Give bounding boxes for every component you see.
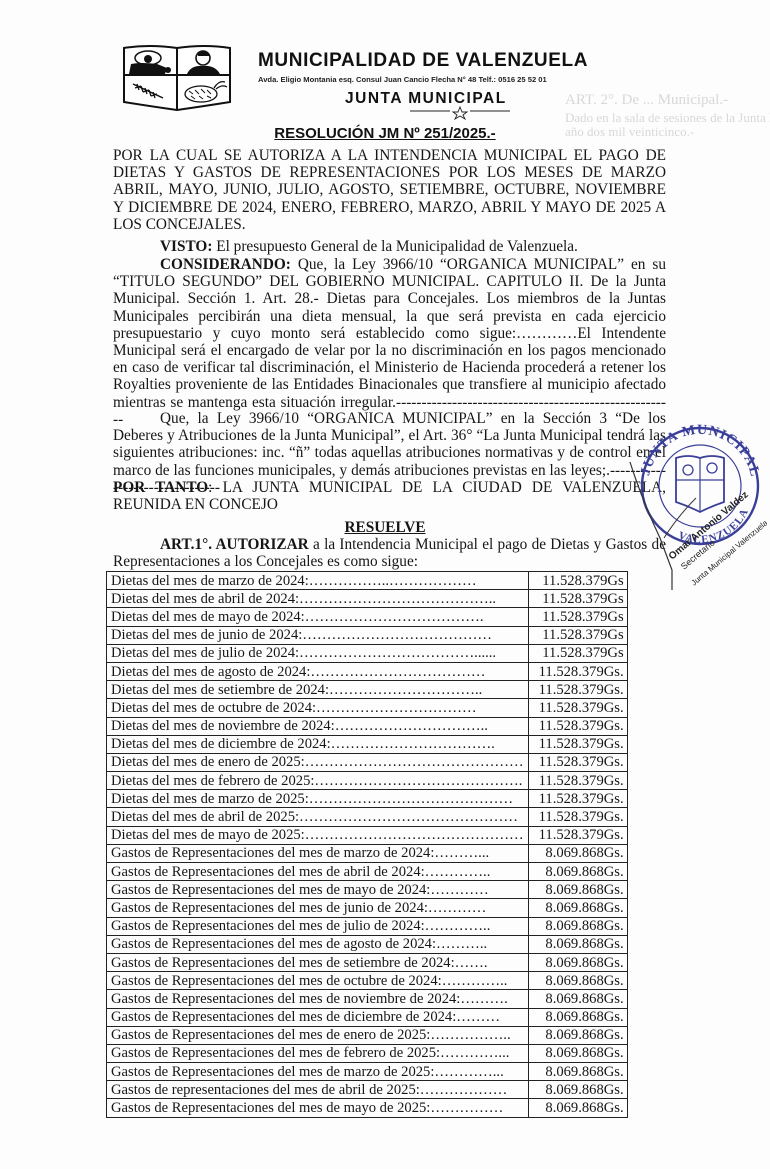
- table-row: Dietas del mes de diciembre de 2024:……………: [107, 735, 628, 753]
- table-row: Gastos de Representaciones del mes de ag…: [107, 935, 628, 953]
- payment-concept: Dietas del mes de mayo de 2024:…………………………: [107, 608, 529, 626]
- payment-amount: 8.069.868Gs.: [528, 1044, 627, 1062]
- star-ornament-icon: [408, 106, 512, 120]
- payment-amount: 8.069.868Gs.: [528, 935, 627, 953]
- payment-concept: Gastos de Representaciones del mes de ju…: [107, 917, 529, 935]
- resolution-title: RESOLUCIÓN JM Nº 251/2025.-: [0, 125, 770, 142]
- payment-concept: Dietas del mes de noviembre de 2024:……………: [107, 717, 529, 735]
- payment-concept: Gastos de Representaciones del mes de ma…: [107, 844, 529, 862]
- considerando-paragraph: CONSIDERANDO: Que, la Ley 3966/10 “ORGAN…: [113, 256, 666, 428]
- table-row: Dietas del mes de abril de 2024:………………………: [107, 590, 628, 608]
- table-row: Gastos de Representaciones del mes de ju…: [107, 917, 628, 935]
- payment-amount: 11.528.379Gs.: [528, 826, 627, 844]
- por-tanto-label: POR TANTO: [113, 479, 208, 496]
- payments-table: Dietas del mes de marzo de 2024:……………..……: [106, 571, 628, 1118]
- payment-amount: 11.528.379Gs.: [528, 808, 627, 826]
- table-row: Gastos de Representaciones del mes de ma…: [107, 844, 628, 862]
- table-row: Dietas del mes de enero de 2025:………………………: [107, 753, 628, 771]
- payment-concept: Gastos de representaciones del mes de ab…: [107, 1081, 529, 1099]
- payment-amount: 11.528.379Gs.: [528, 790, 627, 808]
- payment-amount: 8.069.868Gs.: [528, 899, 627, 917]
- payment-concept: Gastos de Representaciones del mes de ju…: [107, 899, 529, 917]
- payment-amount: 11.528.379Gs.: [528, 735, 627, 753]
- table-row: Dietas del mes de noviembre de 2024:……………: [107, 717, 628, 735]
- table-row: Gastos de Representaciones del mes de se…: [107, 953, 628, 971]
- payment-concept: Gastos de Representaciones del mes de ma…: [107, 881, 529, 899]
- official-seal-icon: JUNTA MUNICIPAL VALENZUELA Omar Antonio …: [612, 420, 767, 595]
- payment-amount: 11.528.379Gs.: [528, 662, 627, 680]
- table-row: Gastos de Representaciones del mes de di…: [107, 1008, 628, 1026]
- payment-concept: Dietas del mes de mayo de 2025:…………………………: [107, 826, 529, 844]
- bleed-through-text: ART. 2°. De ... Municipal.-: [565, 93, 728, 108]
- payment-concept: Dietas del mes de agosto de 2024:……………………: [107, 662, 529, 680]
- institution-name: MUNICIPALIDAD DE VALENZUELA: [258, 50, 588, 72]
- payment-amount: 8.069.868Gs.: [528, 972, 627, 990]
- payment-amount: 8.069.868Gs.: [528, 1026, 627, 1044]
- table-row: Gastos de Representaciones del mes de en…: [107, 1026, 628, 1044]
- payment-concept: Gastos de Representaciones del mes de ma…: [107, 1063, 529, 1081]
- payment-concept: Gastos de Representaciones del mes de se…: [107, 953, 529, 971]
- table-row: Gastos de Representaciones del mes de ma…: [107, 1063, 628, 1081]
- payment-concept: Dietas del mes de abril de 2025:………………………: [107, 808, 529, 826]
- considerando-label: CONSIDERANDO:: [160, 256, 291, 273]
- payment-amount: 8.069.868Gs.: [528, 1099, 627, 1117]
- payment-concept: Gastos de Representaciones del mes de en…: [107, 1026, 529, 1044]
- payment-concept: Gastos de Representaciones del mes de di…: [107, 1008, 529, 1026]
- payment-concept: Dietas del mes de marzo de 2024:……………..……: [107, 572, 529, 590]
- institution-address: Avda. Eligio Montania esq. Consul Juan C…: [258, 75, 547, 84]
- visto-text: El presupuesto General de la Municipalid…: [212, 238, 577, 255]
- table-row: Gastos de Representaciones del mes de no…: [107, 990, 628, 1008]
- table-row: Dietas del mes de junio de 2024:………………………: [107, 626, 628, 644]
- payment-concept: Gastos de Representaciones del mes de ab…: [107, 863, 529, 881]
- payment-concept: Dietas del mes de setiembre de 2024:……………: [107, 681, 529, 699]
- resolution-subject: POR LA CUAL SE AUTORIZA A LA INTENDENCIA…: [113, 147, 666, 233]
- table-row: Dietas del mes de marzo de 2025:………………………: [107, 790, 628, 808]
- payment-amount: 11.528.379Gs: [528, 644, 627, 662]
- table-row: Dietas del mes de marzo de 2024:……………..……: [107, 572, 628, 590]
- payment-amount: 8.069.868Gs.: [528, 1081, 627, 1099]
- payment-concept: Gastos de Representaciones del mes de ag…: [107, 935, 529, 953]
- payment-amount: 11.528.379Gs.: [528, 699, 627, 717]
- table-row: Gastos de Representaciones del mes de ab…: [107, 863, 628, 881]
- payment-amount: 11.528.379Gs: [528, 626, 627, 644]
- table-row: Dietas del mes de julio de 2024:………………………: [107, 644, 628, 662]
- payment-amount: 8.069.868Gs.: [528, 1008, 627, 1026]
- article-1-paragraph: ART.1°. AUTORIZAR a la Intendencia Munic…: [113, 536, 666, 570]
- payment-amount: 11.528.379Gs.: [528, 717, 627, 735]
- payment-amount: 8.069.868Gs.: [528, 844, 627, 862]
- payment-amount: 11.528.379Gs.: [528, 681, 627, 699]
- municipal-coat-of-arms-icon: [121, 44, 233, 112]
- table-row: Gastos de Representaciones del mes de ma…: [107, 1099, 628, 1117]
- article-1-label: ART.1°. AUTORIZAR: [160, 536, 309, 553]
- payment-concept: Gastos de Representaciones del mes de oc…: [107, 972, 529, 990]
- payment-amount: 8.069.868Gs.: [528, 917, 627, 935]
- payment-concept: Dietas del mes de julio de 2024:………………………: [107, 644, 529, 662]
- payment-concept: Gastos de Representaciones del mes de fe…: [107, 1044, 529, 1062]
- payment-amount: 8.069.868Gs.: [528, 863, 627, 881]
- table-row: Dietas del mes de setiembre de 2024:……………: [107, 681, 628, 699]
- payment-amount: 11.528.379Gs: [528, 608, 627, 626]
- payment-amount: 8.069.868Gs.: [528, 1063, 627, 1081]
- table-row: Gastos de Representaciones del mes de ju…: [107, 899, 628, 917]
- por-tanto-paragraph: POR TANTO: LA JUNTA MUNICIPAL DE LA CIUD…: [113, 479, 666, 513]
- table-row: Dietas del mes de febrero de 2025:…………………: [107, 772, 628, 790]
- table-row: Dietas del mes de mayo de 2025:…………………………: [107, 826, 628, 844]
- table-row: Dietas del mes de mayo de 2024:…………………………: [107, 608, 628, 626]
- table-row: Gastos de Representaciones del mes de fe…: [107, 1044, 628, 1062]
- bleed-through-text: Dado en la sala de sesiones de la Junta …: [565, 110, 770, 125]
- visto-paragraph: VISTO: El presupuesto General de la Muni…: [113, 238, 666, 255]
- payment-concept: Dietas del mes de octubre de 2024:…………………: [107, 699, 529, 717]
- payment-concept: Gastos de Representaciones del mes de no…: [107, 990, 529, 1008]
- payment-amount: 8.069.868Gs.: [528, 990, 627, 1008]
- visto-label: VISTO:: [160, 238, 212, 255]
- payment-concept: Dietas del mes de enero de 2025:………………………: [107, 753, 529, 771]
- table-row: Gastos de representaciones del mes de ab…: [107, 1081, 628, 1099]
- table-row: Dietas del mes de agosto de 2024:……………………: [107, 662, 628, 680]
- table-row: Gastos de Representaciones del mes de oc…: [107, 972, 628, 990]
- payment-amount: 11.528.379Gs.: [528, 772, 627, 790]
- payment-concept: Dietas del mes de diciembre de 2024:……………: [107, 735, 529, 753]
- payment-concept: Dietas del mes de marzo de 2025:………………………: [107, 790, 529, 808]
- table-row: Dietas del mes de octubre de 2024:…………………: [107, 699, 628, 717]
- payment-amount: 11.528.379Gs.: [528, 753, 627, 771]
- payment-amount: 8.069.868Gs.: [528, 953, 627, 971]
- payment-concept: Dietas del mes de abril de 2024:………………………: [107, 590, 529, 608]
- payment-concept: Dietas del mes de febrero de 2025:…………………: [107, 772, 529, 790]
- considerando-text: Que, la Ley 3966/10 “ORGANICA MUNICIPAL”…: [113, 256, 666, 428]
- payment-concept: Gastos de Representaciones del mes de ma…: [107, 1099, 529, 1117]
- table-row: Dietas del mes de abril de 2025:………………………: [107, 808, 628, 826]
- payment-amount: 8.069.868Gs.: [528, 881, 627, 899]
- table-row: Gastos de Representaciones del mes de ma…: [107, 881, 628, 899]
- payment-concept: Dietas del mes de junio de 2024:………………………: [107, 626, 529, 644]
